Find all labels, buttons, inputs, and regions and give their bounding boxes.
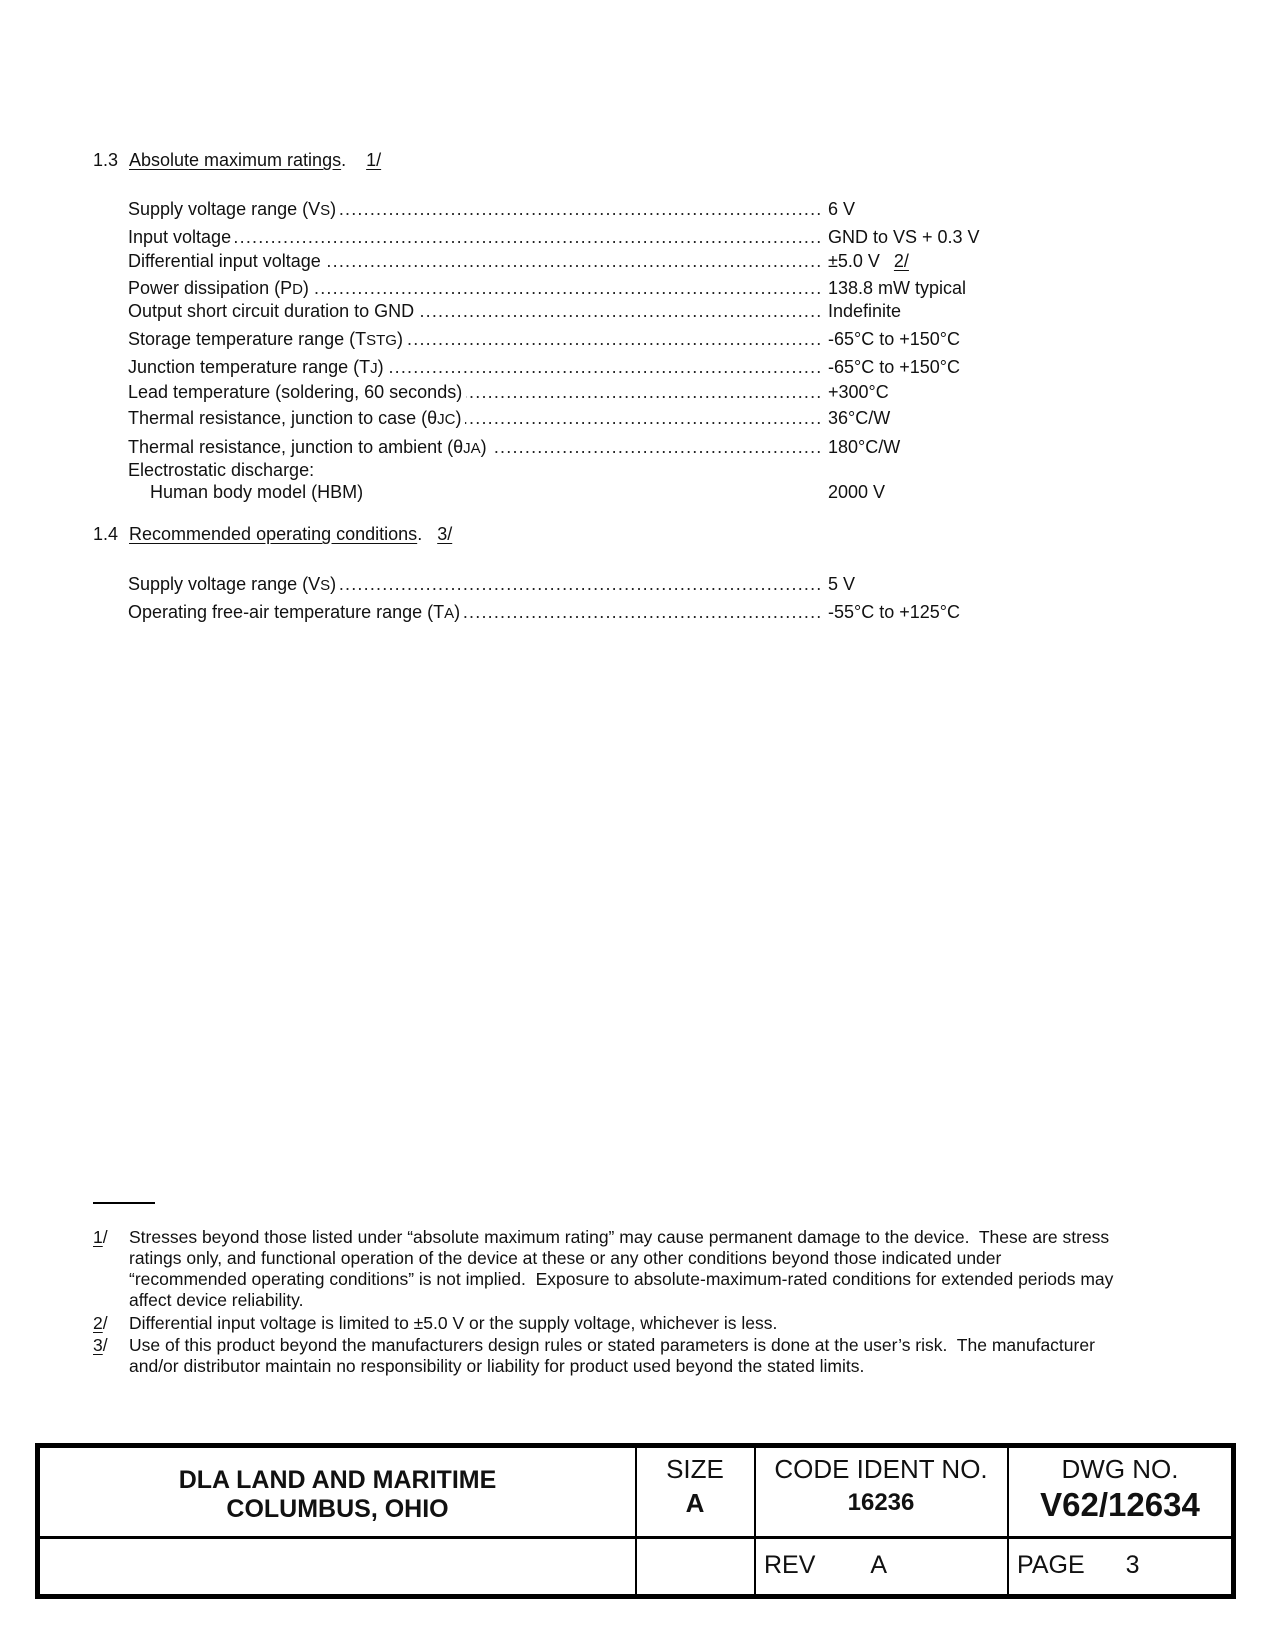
page-label: PAGE <box>1017 1551 1085 1579</box>
rating-row: ........................................… <box>128 277 1238 299</box>
rating-row: ........................................… <box>128 356 1238 378</box>
dwg-no-cell: DWG NO. V62/12634 <box>1009 1454 1231 1524</box>
section-number: 1.4 <box>93 524 129 545</box>
rating-label: Thermal resistance, junction to ambient … <box>128 436 491 460</box>
org-line-2: COLUMBUS, OHIO <box>40 1495 635 1524</box>
rating-value: 138.8 mW typical <box>828 277 966 299</box>
section-number: 1.3 <box>93 150 129 171</box>
rating-label: Output short circuit duration to GND <box>128 300 418 322</box>
footnote-2: 2/Differential input voltage is limited … <box>93 1313 1193 1334</box>
footnote-1: 1/Stresses beyond those listed under “ab… <box>93 1227 1193 1311</box>
footnote-mark: 2/ <box>93 1313 108 1334</box>
rating-label: Input voltage <box>128 226 235 248</box>
footnote-text: Stresses beyond those listed under “abso… <box>129 1227 1193 1311</box>
rating-label: Power dissipation (PD) <box>128 277 313 301</box>
rating-row: ........................................… <box>128 381 1238 403</box>
rating-value: GND to VS + 0.3 V <box>828 226 980 248</box>
rev-label: REV <box>764 1551 815 1579</box>
rating-value: +300°C <box>828 381 889 403</box>
footnote-ref: 2/ <box>894 251 909 271</box>
rating-value: -55°C to +125°C <box>828 601 960 623</box>
rating-row: ........................................… <box>128 601 1238 623</box>
code-ident-cell: CODE IDENT NO. 16236 <box>755 1454 1007 1518</box>
code-ident-label: CODE IDENT NO. <box>755 1454 1007 1484</box>
size-cell: SIZE A <box>636 1454 754 1518</box>
rating-value: 5 V <box>828 573 855 595</box>
footnote-3: 3/Use of this product beyond the manufac… <box>93 1335 1193 1377</box>
section-1-4-heading: 1.4Recommended operating conditions. 3/ <box>93 524 452 545</box>
section-1-3-heading: 1.3Absolute maximum ratings. 1/ <box>93 150 381 171</box>
footnote-ref: 3/ <box>437 524 452 544</box>
rating-label: Supply voltage range (VS) <box>128 573 340 597</box>
rating-value: Indefinite <box>828 300 901 322</box>
footnote-text: Use of this product beyond the manufactu… <box>129 1335 1193 1377</box>
rev-value: A <box>870 1551 887 1579</box>
dwg-value: V62/12634 <box>1009 1486 1231 1524</box>
rating-value: 6 V <box>828 198 855 220</box>
rev-cell: REV A <box>764 1550 887 1580</box>
rating-value: 180°C/W <box>828 436 900 458</box>
footnote-mark: 1/ <box>93 1227 108 1248</box>
rating-label: Thermal resistance, junction to case (θJ… <box>128 407 465 431</box>
size-label: SIZE <box>636 1454 754 1484</box>
code-ident-value: 16236 <box>755 1488 1007 1518</box>
rating-row: ........................................… <box>128 226 1238 248</box>
rating-label: Operating free-air temperature range (TA… <box>128 601 464 625</box>
rating-row: ........................................… <box>128 328 1238 350</box>
rating-label: Lead temperature (soldering, 60 seconds) <box>128 381 466 403</box>
org-name: DLA LAND AND MARITIME COLUMBUS, OHIO <box>40 1466 635 1524</box>
page-value: 3 <box>1126 1551 1140 1579</box>
rating-row: ........................................… <box>128 573 1238 595</box>
rating-value: 2000 V <box>828 481 885 503</box>
footnote-text: Differential input voltage is limited to… <box>129 1313 1193 1334</box>
rating-row: ........................................… <box>128 300 1238 322</box>
org-line-1: DLA LAND AND MARITIME <box>40 1466 635 1495</box>
rating-row: ........................................… <box>128 407 1238 429</box>
rating-row-hbm: Human body model (HBM) 2000 V <box>128 481 1238 503</box>
dwg-label: DWG NO. <box>1009 1454 1231 1484</box>
page-cell: PAGE 3 <box>1017 1550 1139 1580</box>
rating-row: ........................................… <box>128 436 1238 458</box>
rating-label: Human body model (HBM) <box>150 481 367 503</box>
rating-label: Supply voltage range (VS) <box>128 198 340 222</box>
rating-label: Storage temperature range (TSTG) <box>128 328 407 352</box>
title-block: DLA LAND AND MARITIME COLUMBUS, OHIO SIZ… <box>35 1443 1236 1599</box>
section-title: Recommended operating conditions <box>129 524 417 544</box>
footnote-rule <box>93 1202 155 1204</box>
rating-value: -65°C to +150°C <box>828 356 960 378</box>
rating-label: Junction temperature range (TJ) <box>128 356 388 380</box>
rating-value: -65°C to +150°C <box>828 328 960 350</box>
footnote-mark: 3/ <box>93 1335 108 1356</box>
footnote-ref: 1/ <box>366 150 381 170</box>
rating-row: ........................................… <box>128 250 1238 272</box>
section-title: Absolute maximum ratings <box>129 150 341 170</box>
rating-value: 36°C/W <box>828 407 890 429</box>
esd-label: Electrostatic discharge: <box>128 460 314 481</box>
size-value: A <box>636 1488 754 1518</box>
rating-row: ........................................… <box>128 198 1238 220</box>
rating-value: ±5.0 V2/ <box>828 250 909 272</box>
rating-label: Differential input voltage <box>128 250 325 272</box>
